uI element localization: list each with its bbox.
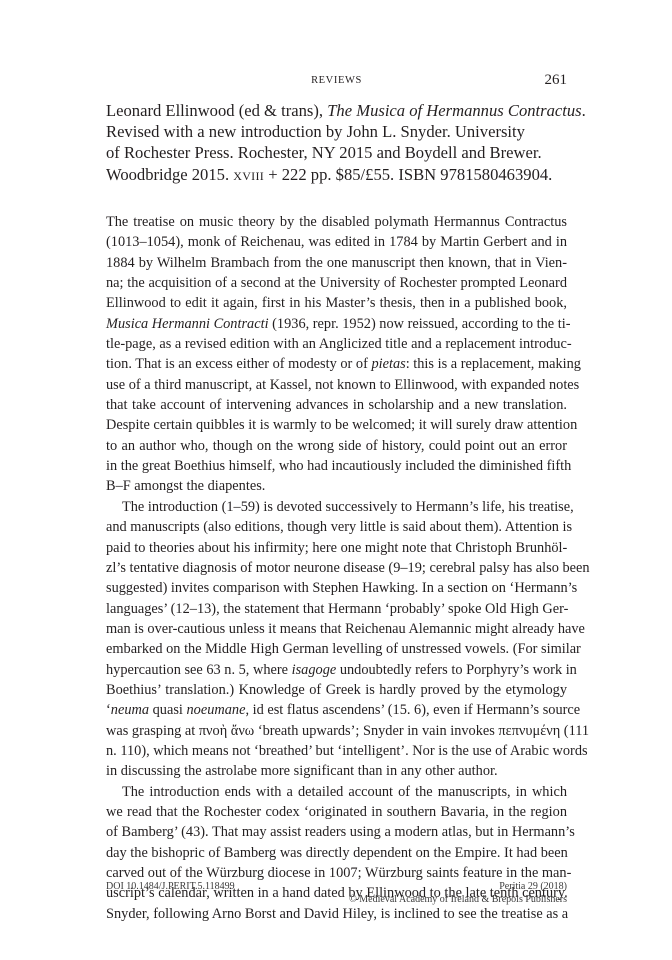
text-run: , id est flatus ascendens’ (15. 6), even… <box>245 702 580 718</box>
citation-pages-price-isbn: + 222 pp. $85/£55. ISBN 9781580463904. <box>264 165 552 184</box>
text-run: Despite certain quibbles it is warmly to… <box>106 417 577 433</box>
citation-place-year: Woodbridge 2015. <box>106 165 233 184</box>
text-run: The introduction ends with a detailed ac… <box>122 784 567 800</box>
text-run: B–F amongst the diapentes. <box>106 478 265 494</box>
text-line: use of a third manuscript, at Kassel, no… <box>106 375 567 395</box>
text-run: The introduction (1–59) is devoted succe… <box>122 499 574 515</box>
text-run: (1013–1054), monk of Reichenau, was edit… <box>106 234 567 250</box>
page-number: 261 <box>545 72 568 89</box>
text-run: Snyder, following Arno Borst and David H… <box>106 906 568 922</box>
running-head-section: REVIEWS <box>106 75 567 86</box>
text-run: carved out of the Würzburg diocese in 10… <box>106 865 571 881</box>
text-line: suggested) invites comparison with Steph… <box>106 578 567 598</box>
text-line: Snyder, following Arno Borst and David H… <box>106 904 567 924</box>
italic-term: neuma <box>111 702 149 718</box>
text-run: undoubtedly refers to Porphyry’s work in <box>336 662 577 678</box>
text-line: embarked on the Middle High German level… <box>106 639 567 659</box>
text-run: was grasping at πνοὴ ἄνω ‘breath upwards… <box>106 723 589 739</box>
citation-line-4: Woodbridge 2015. xviii + 222 pp. $85/£55… <box>106 164 576 185</box>
text-line: ‘neuma quasi noeumane, id est flatus asc… <box>106 700 567 720</box>
text-run: suggested) invites comparison with Steph… <box>106 580 577 596</box>
text-line: Boethius’ translation.) Knowledge of Gre… <box>106 680 567 700</box>
text-line: Ellinwood to edit it again, first in his… <box>106 293 567 313</box>
citation-punct: . <box>582 101 586 120</box>
text-run: hypercaution see 63 n. 5, where <box>106 662 292 678</box>
journal-issue: Peritia 29 (2018) <box>499 880 567 893</box>
text-line: tle-page, as a revised edition with an A… <box>106 334 567 354</box>
text-run: embarked on the Middle High German level… <box>106 641 581 657</box>
italic-term: noeumane <box>186 702 245 718</box>
text-line: that take account of intervening advance… <box>106 395 567 415</box>
citation-line-3: of Rochester Press. Rochester, NY 2015 a… <box>106 142 576 163</box>
text-run: The treatise on music theory by the disa… <box>106 214 567 230</box>
text-line: languages’ (12–13), the statement that H… <box>106 599 567 619</box>
text-line: The introduction (1–59) is devoted succe… <box>106 497 567 517</box>
running-head: REVIEWS 261 <box>106 72 567 92</box>
text-run: tion. That is an excess either of modest… <box>106 356 371 372</box>
copyright: © Medieval Academy of Ireland & Brepols … <box>349 893 567 906</box>
text-run: in discussing the astrolabe more signifi… <box>106 763 498 779</box>
text-line: was grasping at πνοὴ ἄνω ‘breath upwards… <box>106 721 567 741</box>
citation-editor: Leonard Ellinwood (ed & trans), <box>106 101 327 120</box>
review-body: The treatise on music theory by the disa… <box>106 212 567 924</box>
text-run: : this is a replacement, making <box>406 356 581 372</box>
text-line: we read that the Rochester codex ‘origin… <box>106 802 567 822</box>
italic-term: isagoge <box>292 662 337 678</box>
text-line: (1013–1054), monk of Reichenau, was edit… <box>106 232 567 252</box>
text-run: zl’s tentative diagnosis of motor neuron… <box>106 560 590 576</box>
text-run: languages’ (12–13), the statement that H… <box>106 601 568 617</box>
text-run: tle-page, as a revised edition with an A… <box>106 336 572 352</box>
text-run: to an author who, though on the wrong si… <box>106 438 567 454</box>
book-citation: Leonard Ellinwood (ed & trans), The Musi… <box>106 100 576 185</box>
text-line: Despite certain quibbles it is warmly to… <box>106 415 567 435</box>
text-line: 1884 by Wilhelm Brambach from the one ma… <box>106 253 567 273</box>
text-line: hypercaution see 63 n. 5, where isagoge … <box>106 660 567 680</box>
text-run: use of a third manuscript, at Kassel, no… <box>106 377 579 393</box>
doi: DOI 10.1484/J.PERIT.5.118499 <box>106 880 235 893</box>
text-run: paid to theories about his infirmity; he… <box>106 540 567 556</box>
text-line: man is over-cautious unless it means tha… <box>106 619 567 639</box>
text-line: in discussing the astrolabe more signifi… <box>106 761 567 781</box>
text-run: quasi <box>149 702 186 718</box>
text-line: B–F amongst the diapentes. <box>106 476 567 496</box>
text-line: tion. That is an excess either of modest… <box>106 354 567 374</box>
italic-term: pietas <box>371 356 405 372</box>
text-run: that take account of intervening advance… <box>106 397 567 413</box>
text-line: paid to theories about his infirmity; he… <box>106 538 567 558</box>
text-line: The introduction ends with a detailed ac… <box>106 782 567 802</box>
text-run: of Bamberg’ (43). That may assist reader… <box>106 824 575 840</box>
citation-line-1: Leonard Ellinwood (ed & trans), The Musi… <box>106 100 576 121</box>
text-run: we read that the Rochester codex ‘origin… <box>106 804 567 820</box>
italic-term: Musica Hermanni Contracti <box>106 316 269 332</box>
text-line: The treatise on music theory by the disa… <box>106 212 567 232</box>
text-run: 1884 by Wilhelm Brambach from the one ma… <box>106 255 567 271</box>
text-run: in the great Boethius himself, who had i… <box>106 458 571 474</box>
text-line: of Bamberg’ (43). That may assist reader… <box>106 822 567 842</box>
book-title: The Musica of Hermannus Contractus <box>327 101 581 120</box>
text-line: to an author who, though on the wrong si… <box>106 436 567 456</box>
text-run: n. 110), which means not ‘breathed’ but … <box>106 743 588 759</box>
text-line: na; the acquisition of a second at the U… <box>106 273 567 293</box>
text-run: man is over-cautious unless it means tha… <box>106 621 585 637</box>
text-line: in the great Boethius himself, who had i… <box>106 456 567 476</box>
text-run: and manuscripts (also editions, though v… <box>106 519 572 535</box>
text-line: Musica Hermanni Contracti (1936, repr. 1… <box>106 314 567 334</box>
text-line: n. 110), which means not ‘breathed’ but … <box>106 741 567 761</box>
text-run: Ellinwood to edit it again, first in his… <box>106 295 567 311</box>
text-line: day the bishopric of Bamberg was directl… <box>106 843 567 863</box>
citation-roman-pages: xviii <box>233 165 264 184</box>
text-run: Boethius’ translation.) Knowledge of Gre… <box>106 682 567 698</box>
citation-line-2: Revised with a new introduction by John … <box>106 121 576 142</box>
text-run: (1936, repr. 1952) now reissued, accordi… <box>269 316 571 332</box>
text-run: na; the acquisition of a second at the U… <box>106 275 567 291</box>
text-line: and manuscripts (also editions, though v… <box>106 517 567 537</box>
text-run: day the bishopric of Bamberg was directl… <box>106 845 568 861</box>
text-line: zl’s tentative diagnosis of motor neuron… <box>106 558 567 578</box>
